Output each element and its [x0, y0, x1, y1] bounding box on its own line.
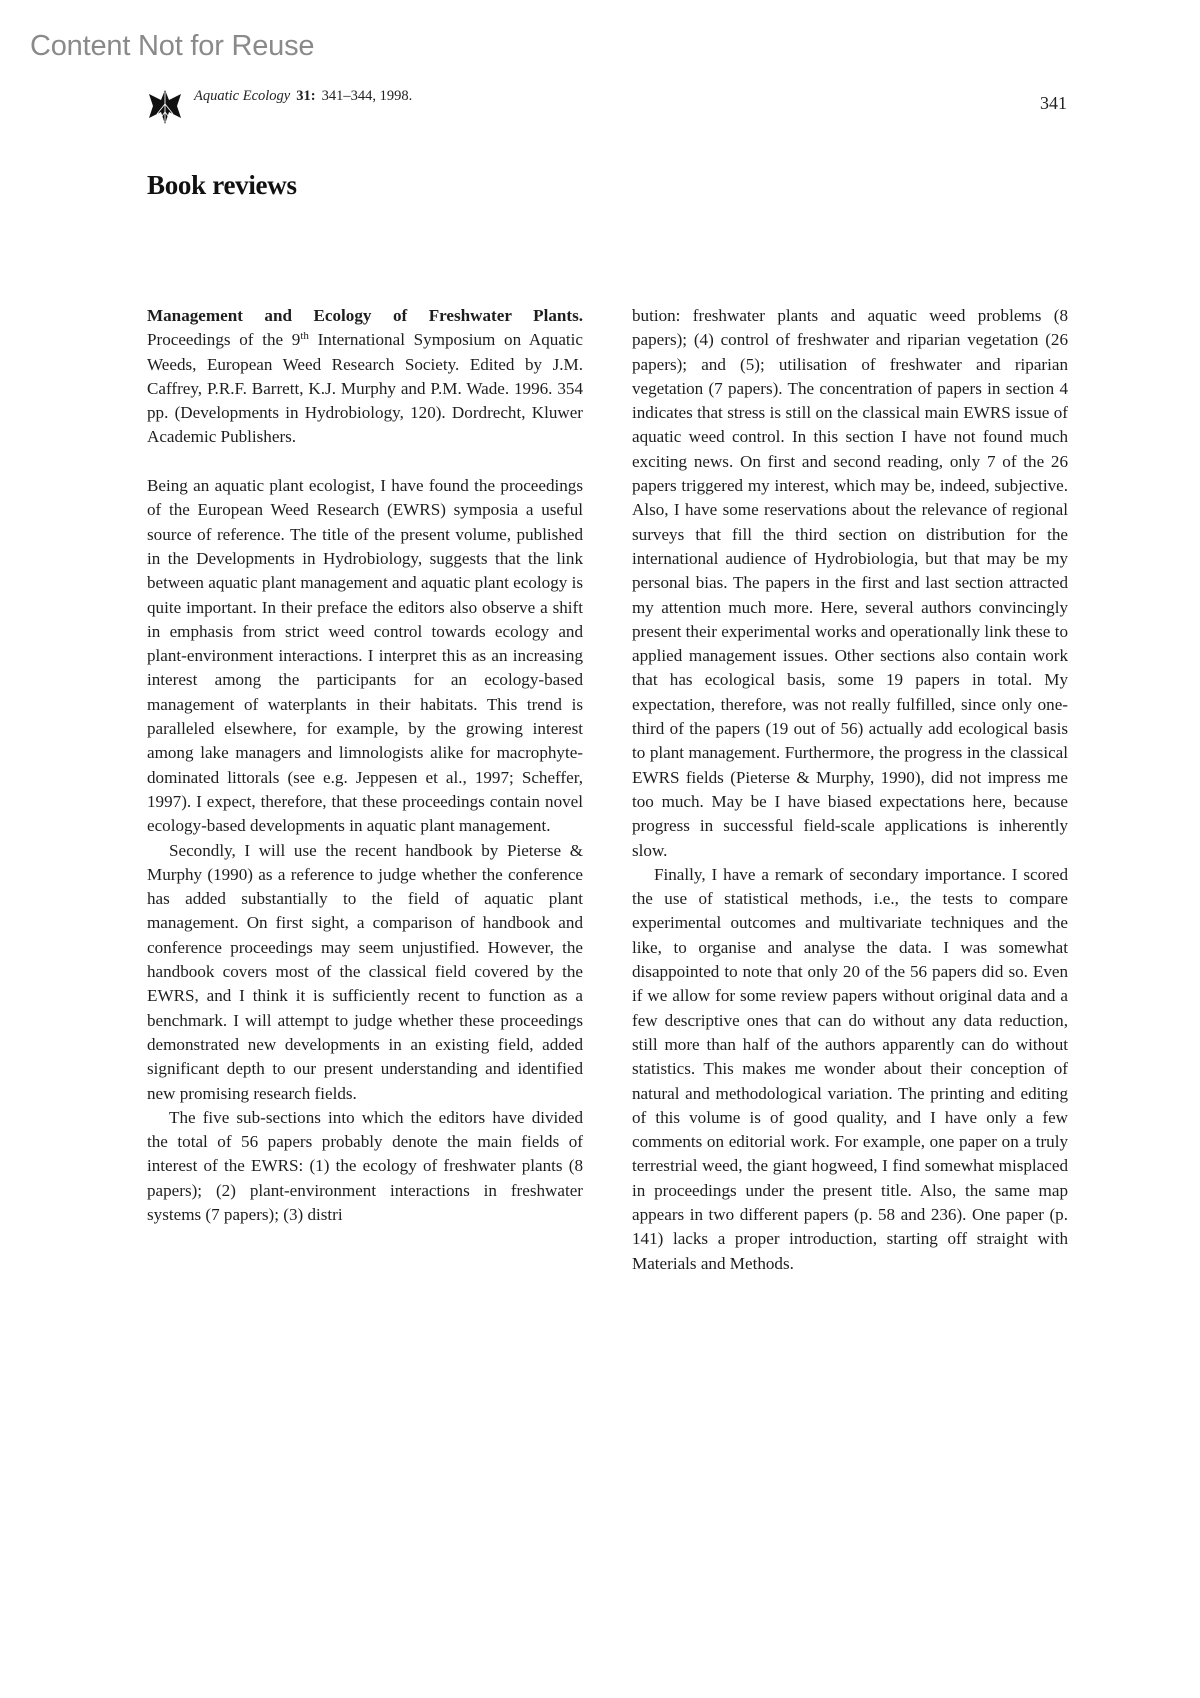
- body-paragraph: The five sub-sections into which the edi…: [147, 1106, 583, 1227]
- right-column: bution: freshwater plants and aquatic we…: [632, 304, 1068, 1276]
- left-column: Management and Ecology of Freshwater Pla…: [147, 304, 583, 1227]
- watermark: Content Not for Reuse: [30, 30, 314, 63]
- publisher-tree-logo-icon: [147, 86, 183, 126]
- page-number: 341: [1040, 93, 1067, 114]
- journal-citation-line: Aquatic Ecology31:341–344, 1998.: [194, 88, 412, 105]
- section-title: Book reviews: [147, 170, 297, 201]
- body-paragraph: Finally, I have a remark of secondary im…: [632, 863, 1068, 1276]
- journal-name: Aquatic Ecology: [194, 88, 290, 104]
- journal-pages-year: 341–344, 1998.: [322, 88, 413, 104]
- journal-volume: 31:: [296, 88, 315, 104]
- book-title: Management and Ecology of Freshwater Pla…: [147, 306, 583, 325]
- citation-superscript: th: [300, 330, 309, 342]
- citation-text-pre: Proceedings of the 9: [147, 330, 300, 349]
- body-paragraph: Being an aquatic plant ecologist, I have…: [147, 474, 583, 838]
- book-citation: Management and Ecology of Freshwater Pla…: [147, 304, 583, 450]
- body-paragraph: bution: freshwater plants and aquatic we…: [632, 304, 1068, 863]
- body-paragraph: Secondly, I will use the recent handbook…: [147, 839, 583, 1106]
